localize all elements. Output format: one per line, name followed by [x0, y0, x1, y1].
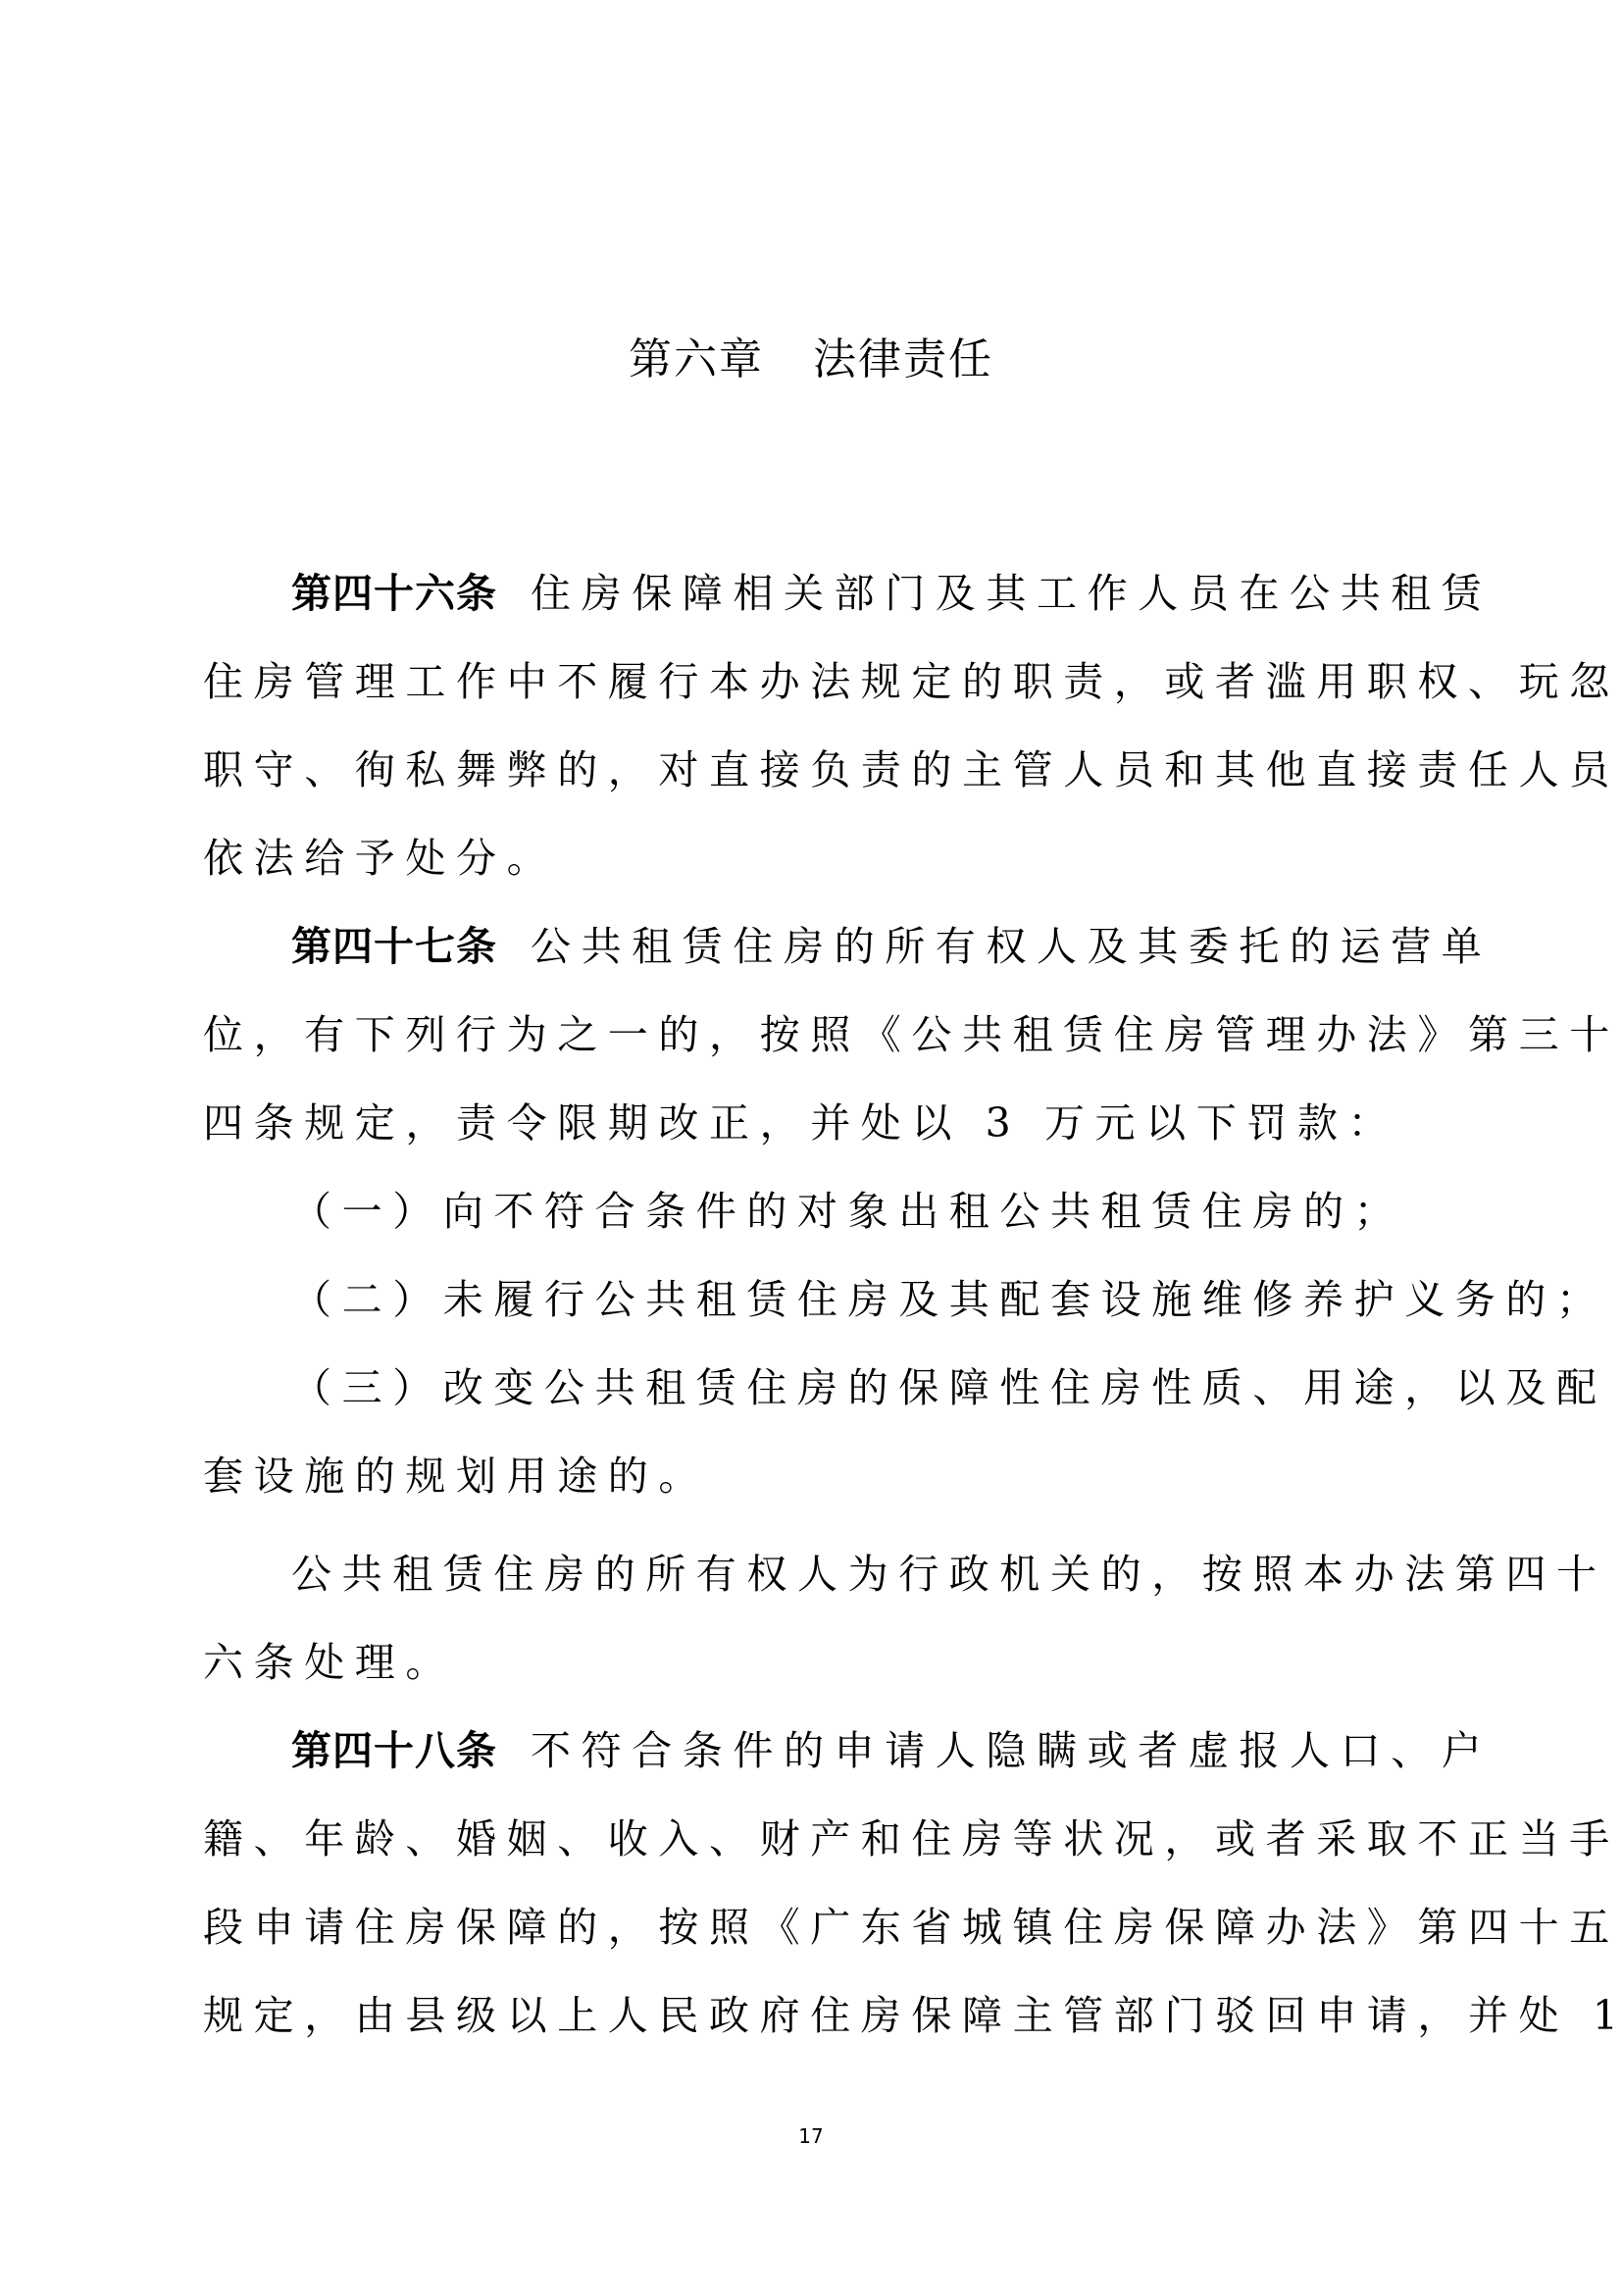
article-48-text-line-2: 籍、年龄、婚姻、收入、财产和住房等状况，或者采取不正当手: [203, 1795, 1424, 1883]
paragraph-gap: [203, 1520, 1424, 1530]
page-number: 17: [0, 2124, 1622, 2148]
article-48-first-line: 第四十八条不符合条件的申请人隐瞒或者虚报人口、户: [203, 1707, 1424, 1795]
article-47-extra-paragraph-line-1: 公共租赁住房的所有权人为行政机关的，按照本办法第四十: [203, 1530, 1424, 1618]
article-47-item-3-continuation: 套设施的规划用途的。: [203, 1432, 1424, 1520]
article-47-text-line-3: 四条规定，责令限期改正，并处以 3 万元以下罚款：: [203, 1079, 1424, 1167]
article-48-text-line-3: 段申请住房保障的，按照《广东省城镇住房保障办法》第四十五: [203, 1883, 1424, 1971]
article-47-label: 第四十七条: [291, 923, 497, 970]
article-48-text-line-1: 不符合条件的申请人隐瞒或者虚报人口、户: [531, 1727, 1492, 1774]
article-46-text-line-3: 职守、徇私舞弊的，对直接负责的主管人员和其他直接责任人员: [203, 726, 1424, 814]
article-47-first-line: 第四十七条公共租赁住房的所有权人及其委托的运营单: [203, 902, 1424, 991]
chapter-number: 第六章: [629, 334, 764, 384]
article-48-label: 第四十八条: [291, 1727, 497, 1774]
article-46-first-line: 第四十六条住房保障相关部门及其工作人员在公共租赁: [203, 549, 1424, 638]
article-47-extra-paragraph-line-2: 六条处理。: [203, 1618, 1424, 1707]
article-47-item-3: （三）改变公共租赁住房的保障性住房性质、用途，以及配: [203, 1344, 1424, 1432]
body-text: 第四十六条住房保障相关部门及其工作人员在公共租赁 住房管理工作中不履行本办法规定…: [203, 549, 1424, 2060]
chapter-heading: 第六章法律责任: [0, 338, 1622, 382]
article-47-text-line-1: 公共租赁住房的所有权人及其委托的运营单: [531, 923, 1492, 970]
article-46-text-line-4: 依法给予处分。: [203, 814, 1424, 902]
article-47-item-2: （二）未履行公共租赁住房及其配套设施维修养护义务的；: [203, 1255, 1424, 1344]
article-47-text-line-2: 位，有下列行为之一的，按照《公共租赁住房管理办法》第三十: [203, 991, 1424, 1079]
article-48-text-line-4: 规定，由县级以上人民政府住房保障主管部门驳回申请，并处 1: [203, 1971, 1424, 2060]
article-46-text-line-2: 住房管理工作中不履行本办法规定的职责，或者滥用职权、玩忽: [203, 638, 1424, 726]
chapter-title-text: 法律责任: [813, 334, 993, 384]
document-page: 第六章法律责任 第四十六条住房保障相关部门及其工作人员在公共租赁 住房管理工作中…: [0, 0, 1622, 2296]
article-47-item-1: （一）向不符合条件的对象出租公共租赁住房的；: [203, 1167, 1424, 1255]
article-46-text-line-1: 住房保障相关部门及其工作人员在公共租赁: [531, 570, 1492, 617]
article-46-label: 第四十六条: [291, 570, 497, 617]
